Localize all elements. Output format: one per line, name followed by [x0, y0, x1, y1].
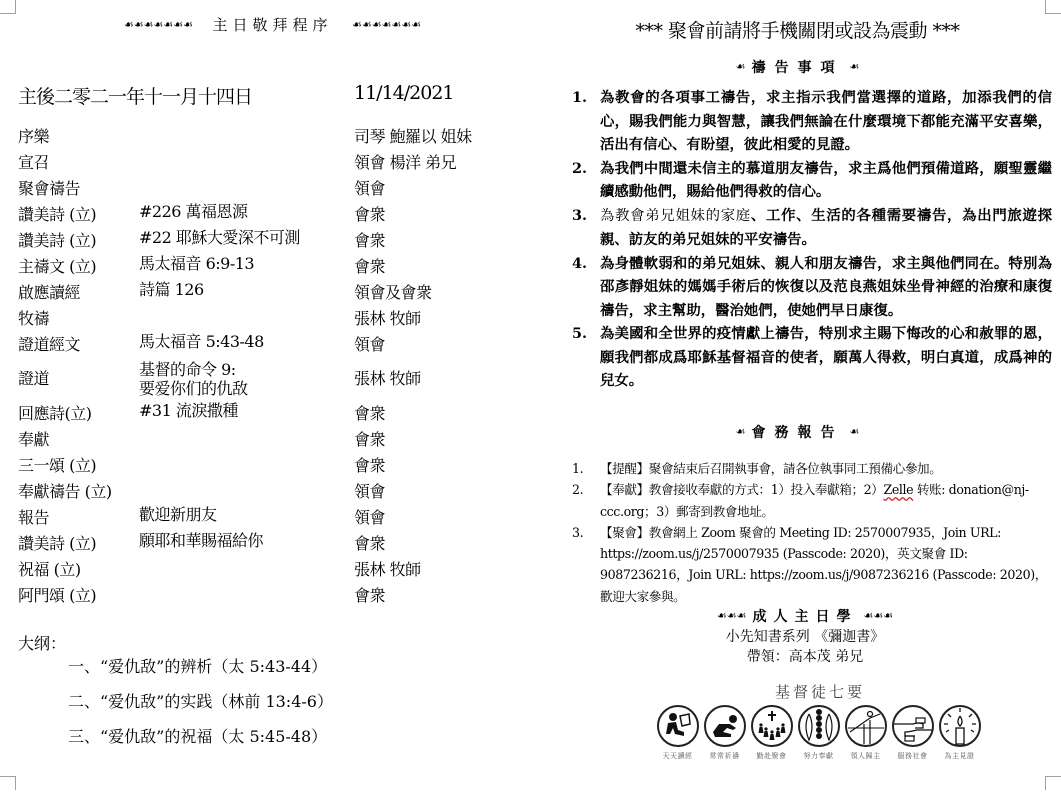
order-item: 祝福 (立) [18, 557, 81, 583]
order-item: 證道 [18, 366, 49, 392]
item-number: 2. [572, 157, 587, 181]
sunday-school-leader: 帶領：高本茂 弟兄 [545, 647, 1061, 667]
order-item: 三一頌 (立) [18, 453, 96, 479]
order-item: 聚會禱告 [18, 176, 80, 202]
order-detail: 願耶和華賜福給你 [139, 531, 263, 550]
order-item: 讚美詩 (立) [18, 228, 96, 254]
seven-musts-graphic: 基督徒七要 天天讀經 常常祈禱 [655, 682, 985, 761]
sunday-school: ☙☙☙成人主日學☙☙☙ 小先知書系列 《彌迦書》 帶領：高本茂 弟兄 [545, 606, 1061, 667]
order-by: 會衆 [354, 427, 385, 453]
order-by: 會衆 [354, 401, 385, 427]
sunday-school-series: 小先知書系列 《彌迦書》 [545, 627, 1061, 647]
announcement-text: 【聚會】教會網上 Zoom 聚會的 Meeting ID: 2570007935… [600, 525, 1047, 604]
worship-program-panel: ☙☙☙☙☙☙☙ 主日敬拜程序 ☙☙☙☙☙☙☙ 主後二零二一年十一月十四日 11/… [0, 0, 530, 792]
seven-musts-label: 服務社會 [898, 751, 928, 761]
order-row: 三一頌 (立) 會衆 [18, 453, 518, 479]
reading-bible-icon [656, 704, 700, 748]
order-by: 會衆 [354, 453, 385, 479]
sermon-title-line1: 基督的命令 9: [139, 360, 236, 379]
order-detail: #226 萬福恩源 [139, 202, 248, 221]
order-row: 報告 歡迎新朋友 領會 [18, 505, 518, 531]
order-by: 會衆 [354, 228, 385, 254]
seven-musts-label: 勤赴聚會 [757, 751, 787, 761]
date-chinese: 主後二零二一年十一月十四日 [18, 82, 252, 109]
order-item: 回應詩(立) [18, 401, 92, 427]
order-by: 張林 牧師 [354, 366, 421, 392]
order-row: 聚會禱告 領會 [18, 176, 518, 202]
announcement-text: 【提醒】聚會結束后召開執事會，請各位執事同工預備心參加。 [600, 461, 941, 476]
order-by: 會衆 [354, 254, 385, 280]
prayer-item: 4. 為身體軟弱和的弟兄姐妹、親人和朋友禱告，求主與他們同在。特別為邵彥靜姐妹的… [572, 252, 1052, 323]
order-item: 宣召 [18, 150, 49, 176]
order-item: 主禱文 (立) [18, 254, 96, 280]
order-row: 證道經文 馬太福音 5:43-48 領會 [18, 332, 518, 358]
prayer-item: 2. 為我們中間還未信主的慕道朋友禱告，求主爲他們預備道路，願聖靈繼續感動他們，… [572, 157, 1052, 204]
order-by: 領會 [354, 176, 385, 202]
program-title: ☙☙☙☙☙☙☙ 主日敬拜程序 ☙☙☙☙☙☙☙ [0, 14, 545, 35]
order-row: 回應詩(立) #31 流淚撒種 會衆 [18, 401, 518, 427]
item-number: 3. [572, 204, 587, 228]
order-by: 張林 牧師 [354, 557, 421, 583]
sermon-outline: 大纲： 一、“爱仇敌”的辨析（太 5:43-44） 二、“爱仇敌”的实践（林前 … [18, 634, 518, 759]
item-number: 3. [572, 522, 583, 543]
prayer-item: 5. 為美國和全世界的疫情獻上禱告，特別求主賜下悔改的心和赦罪的恩，願我們都成爲… [572, 322, 1052, 393]
seven-musts-item: 天天讀經 [655, 704, 700, 761]
prayer-text-light: 為教會弟兄姐妹的家庭 [600, 208, 751, 224]
prayer-text: 為美國和全世界的疫情獻上禱告，特別求主賜下悔改的心和赦罪的恩，願我們都成爲耶穌基… [600, 325, 1052, 389]
order-item: 奉獻 [18, 427, 49, 453]
ornament-icon: ☙ [850, 425, 860, 438]
sunday-school-title-text: 成人主日學 [753, 609, 858, 625]
order-row: 牧禱 張林 牧師 [18, 306, 518, 332]
order-by: 領會 [354, 505, 385, 531]
sunday-school-title: ☙☙☙成人主日學☙☙☙ [545, 606, 1061, 627]
sermon-title-line2: 要爱你们的仇敌 [139, 379, 248, 398]
order-item: 讚美詩 (立) [18, 531, 96, 557]
spellcheck-flagged-word: Zelle [884, 482, 914, 497]
ornament-icon: ☙ [736, 60, 746, 73]
announcement-item: 2. 【奉獻】教會接收奉獻的方式：1）投入奉獻箱；2）Zelle 转账: don… [572, 479, 1052, 522]
order-row: 奉獻 會衆 [18, 427, 518, 453]
gathering-icon [750, 704, 794, 748]
order-by: 領會 [354, 332, 385, 358]
order-row: 阿門頌 (立) 會衆 [18, 583, 518, 609]
order-item: 讚美詩 (立) [18, 202, 96, 228]
ornament-left-icon: ☙☙☙☙☙☙☙ [124, 18, 193, 31]
ornament-icon: ☙☙☙ [864, 609, 894, 622]
program-title-text: 主日敬拜程序 [212, 16, 332, 34]
seven-musts-label: 努力奉獻 [804, 751, 834, 761]
announcements-title-text: 會務報告 [752, 425, 844, 441]
order-by: 領會 [354, 479, 385, 505]
order-detail: 歡迎新朋友 [139, 505, 217, 524]
announcements-section-title: ☙會務報告☙ [545, 422, 1050, 442]
seven-musts-title: 基督徒七要 [655, 682, 985, 702]
ornament-icon: ☙☙☙ [717, 609, 747, 622]
order-by: 司琴 鮑羅以 姐妹 [354, 124, 472, 150]
order-item: 證道經文 [18, 332, 80, 358]
item-number: 2. [572, 479, 583, 500]
seven-musts-label: 領人歸主 [851, 751, 881, 761]
order-row: 主禱文 (立) 馬太福音 6:9-13 會衆 [18, 254, 518, 280]
order-by: 會衆 [354, 583, 385, 609]
item-number: 1. [572, 86, 587, 110]
prayer-item: 3. 為教會弟兄姐妹的家庭、工作、生活的各種需要禱告，為出門旅遊探親、訪友的弟兄… [572, 204, 1052, 252]
announcement-list: 1. 【提醒】聚會結束后召開執事會，請各位執事同工預備心參加。 2. 【奉獻】教… [572, 458, 1052, 607]
seven-musts-item: 努力奉獻 [796, 704, 841, 761]
prayer-text: 為身體軟弱和的弟兄姐妹、親人和朋友禱告，求主與他們同在。特別為邵彥靜姐妹的媽媽手… [600, 255, 1052, 319]
witness-candle-icon [938, 704, 982, 748]
order-item: 報告 [18, 505, 49, 531]
seven-musts-item: 服務社會 [890, 704, 935, 761]
seven-musts-label: 為主見證 [945, 751, 975, 761]
service-icon [891, 704, 935, 748]
order-row: 奉獻禱告 (立) 領會 [18, 479, 518, 505]
order-item: 牧禱 [18, 306, 49, 332]
seven-musts-item: 勤赴聚會 [749, 704, 794, 761]
evangelism-icon [844, 704, 888, 748]
ornament-icon: ☙ [850, 60, 860, 73]
seven-musts-label: 天天讀經 [663, 751, 693, 761]
prayer-section-title: ☙禱告事項☙ [545, 57, 1050, 77]
prayer-list: 1. 為教會的各項事工禱告，求主指示我們當選擇的道路，加添我們的信心，賜我們能力… [572, 86, 1052, 393]
order-item: 阿門頌 (立) [18, 583, 96, 609]
order-by: 張林 牧師 [354, 306, 421, 332]
order-row: 宣召 領會 楊洋 弟兄 [18, 150, 518, 176]
ornament-icon: ☙ [736, 425, 746, 438]
outline-title: 大纲： [18, 634, 518, 654]
seven-musts-item: 領人歸主 [843, 704, 888, 761]
announcement-item: 3. 【聚會】教會網上 Zoom 聚會的 Meeting ID: 2570007… [572, 522, 1052, 607]
date-numeric: 11/14/2021 [354, 82, 454, 104]
order-detail: #22 耶穌大愛深不可測 [139, 228, 300, 247]
seven-musts-item: 為主見證 [937, 704, 982, 761]
item-number: 5. [572, 322, 587, 346]
order-row: 序樂 司琴 鮑羅以 姐妹 [18, 124, 518, 150]
order-item: 啟應讀經 [18, 280, 80, 306]
order-detail: #31 流淚撒種 [139, 401, 238, 420]
praying-icon [703, 704, 747, 748]
ornament-right-icon: ☙☙☙☙☙☙☙ [352, 18, 421, 31]
order-item: 序樂 [18, 124, 49, 150]
prayer-item: 1. 為教會的各項事工禱告，求主指示我們當選擇的道路，加添我們的信心，賜我們能力… [572, 86, 1052, 157]
announcements-panel: *** 聚會前請將手機關閉或設為震動 *** ☙禱告事項☙ 1. 為教會的各項事… [545, 0, 1061, 792]
order-by: 會衆 [354, 531, 385, 557]
order-row: 讚美詩 (立) 願耶和華賜福給你 會衆 [18, 531, 518, 557]
order-by: 領會及會衆 [354, 280, 432, 306]
order-detail: 馬太福音 6:9-13 [139, 254, 254, 273]
order-row: 讚美詩 (立) #226 萬福恩源 會衆 [18, 202, 518, 228]
item-number: 1. [572, 458, 583, 479]
order-detail: 詩篇 126 [139, 280, 204, 299]
prayer-text: 為教會的各項事工禱告，求主指示我們當選擇的道路，加添我們的信心，賜我們能力與智慧… [600, 89, 1052, 153]
seven-musts-item: 常常祈禱 [702, 704, 747, 761]
announcement-item: 1. 【提醒】聚會結束后召開執事會，請各位執事同工預備心參加。 [572, 458, 1052, 479]
order-row: 祝福 (立) 張林 牧師 [18, 557, 518, 583]
item-number: 4. [572, 252, 587, 276]
order-row-sermon: 證道 基督的命令 9: 要爱你们的仇敌 張林 牧師 [18, 358, 518, 401]
order-row: 讚美詩 (立) #22 耶穌大愛深不可測 會衆 [18, 228, 518, 254]
outline-item: 一、“爱仇敌”的辨析（太 5:43-44） [68, 654, 568, 689]
order-row: 啟應讀經 詩篇 126 領會及會衆 [18, 280, 518, 306]
announcement-text: 【奉獻】教會接收奉獻的方式：1）投入奉獻箱；2） [600, 482, 884, 497]
order-by: 會衆 [354, 202, 385, 228]
order-detail: 馬太福音 5:43-48 [139, 332, 264, 351]
offering-icon [797, 704, 841, 748]
sermon-title: 基督的命令 9: 要爱你们的仇敌 [139, 360, 248, 398]
prayer-text: 為我們中間還未信主的慕道朋友禱告，求主爲他們預備道路，願聖靈繼續感動他們，賜給他… [600, 160, 1052, 201]
order-by: 領會 楊洋 弟兄 [354, 150, 456, 176]
outline-item: 二、“爱仇敌”的实践（林前 13:4-6） [68, 689, 568, 724]
prayer-title-text: 禱告事項 [752, 60, 844, 76]
seven-musts-label: 常常祈禱 [710, 751, 740, 761]
order-item: 奉獻禱告 (立) [18, 479, 112, 505]
phone-notice: *** 聚會前請將手機關閉或設為震動 *** [545, 16, 1050, 43]
seven-musts-icons: 天天讀經 常常祈禱 [655, 704, 985, 761]
order-of-service: 序樂 司琴 鮑羅以 姐妹 宣召 領會 楊洋 弟兄 聚會禱告 領會 讚美詩 (立)… [18, 124, 518, 609]
outline-item: 三、“爱仇敌”的祝福（太 5:45-48） [68, 724, 568, 759]
